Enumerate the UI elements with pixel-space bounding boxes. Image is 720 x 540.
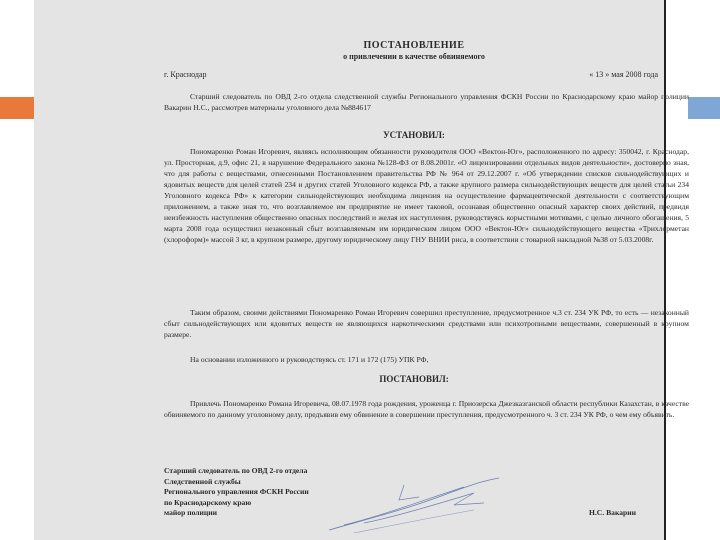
signature-line: майор полиции (164, 508, 309, 519)
signature-line: Регионального управления ФСКН России (164, 487, 309, 498)
paragraph-conclusion: Таким образом, своими действиями Пономар… (164, 307, 689, 340)
paragraph-facts: Пономаренко Роман Игоревич, являясь испо… (164, 146, 689, 245)
document-city: г. Краснодар (164, 70, 207, 79)
paragraph-resolution: Привлечь Пономаренко Романа Игоревича, 0… (164, 398, 689, 420)
intro-paragraph: Старший следователь по ОВД 2-го отдела с… (164, 91, 689, 113)
accent-bar-right (688, 97, 720, 119)
heading-resolved: ПОСТАНОВИЛ: (134, 374, 694, 384)
signer-name: Н.С. Вакарин (589, 508, 636, 517)
scanned-document-page: ПОСТАНОВЛЕНИЕ о привлечении в качестве о… (34, 0, 666, 540)
paragraph-legal-basis: На основании изложенного и руководствуяс… (164, 354, 689, 365)
document-date: « 13 » мая 2008 года (589, 70, 658, 79)
heading-established: УСТАНОВИЛ: (134, 130, 694, 140)
signature-block: Старший следователь по ОВД 2-го отдела С… (164, 466, 309, 519)
signature-line: по Краснодарскому краю (164, 498, 309, 509)
document-subtitle: о привлечении в качестве обвиняемого (134, 52, 694, 61)
document-title: ПОСТАНОВЛЕНИЕ (134, 40, 694, 51)
signature-line: Следственной службы (164, 477, 309, 488)
signature-line: Старший следователь по ОВД 2-го отдела (164, 466, 309, 477)
handwritten-signature-icon (324, 475, 504, 535)
